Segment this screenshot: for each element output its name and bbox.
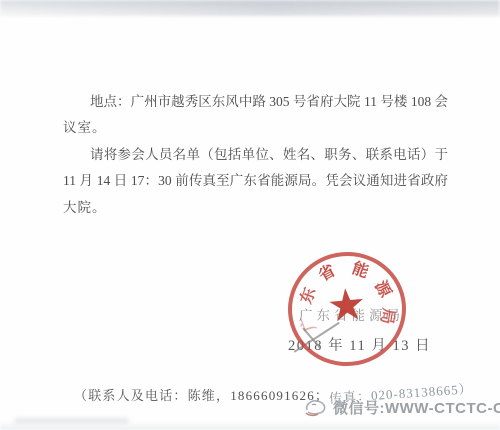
scan-artifact-bottom xyxy=(0,421,500,430)
scan-artifact-top xyxy=(0,0,500,16)
body-line-deadline: 11 月 14 日 17：30 前传真至广东省能源局。凭会议通知进省政府 xyxy=(63,172,448,189)
body-line-deadline-cont: 大院。 xyxy=(63,199,107,216)
body-line-request: 请将参会人员名单（包括单位、姓名、职务、联系电话）于 xyxy=(90,146,448,163)
contact-main: （联系人及电话：陈维，18666091626； xyxy=(74,388,329,403)
contact-fax: 传真：020-83138665） xyxy=(328,378,473,407)
body-line-location: 地点：广州市越秀区东风中路 305 号省府大院 11 号楼 108 会 xyxy=(90,93,448,110)
contact-line: （联系人及电话：陈维，18666091626；传真：020-83138665） xyxy=(74,385,473,404)
star-icon: ★ xyxy=(325,282,368,329)
body-line-location-cont: 议室。 xyxy=(63,119,107,136)
document-page: 地点：广州市越秀区东风中路 305 号省府大院 11 号楼 108 会 议室。 … xyxy=(0,0,500,430)
official-seal: 广 东 省 能 源 局 ★ xyxy=(283,247,410,371)
seal-arc-char: 局 xyxy=(377,307,396,326)
